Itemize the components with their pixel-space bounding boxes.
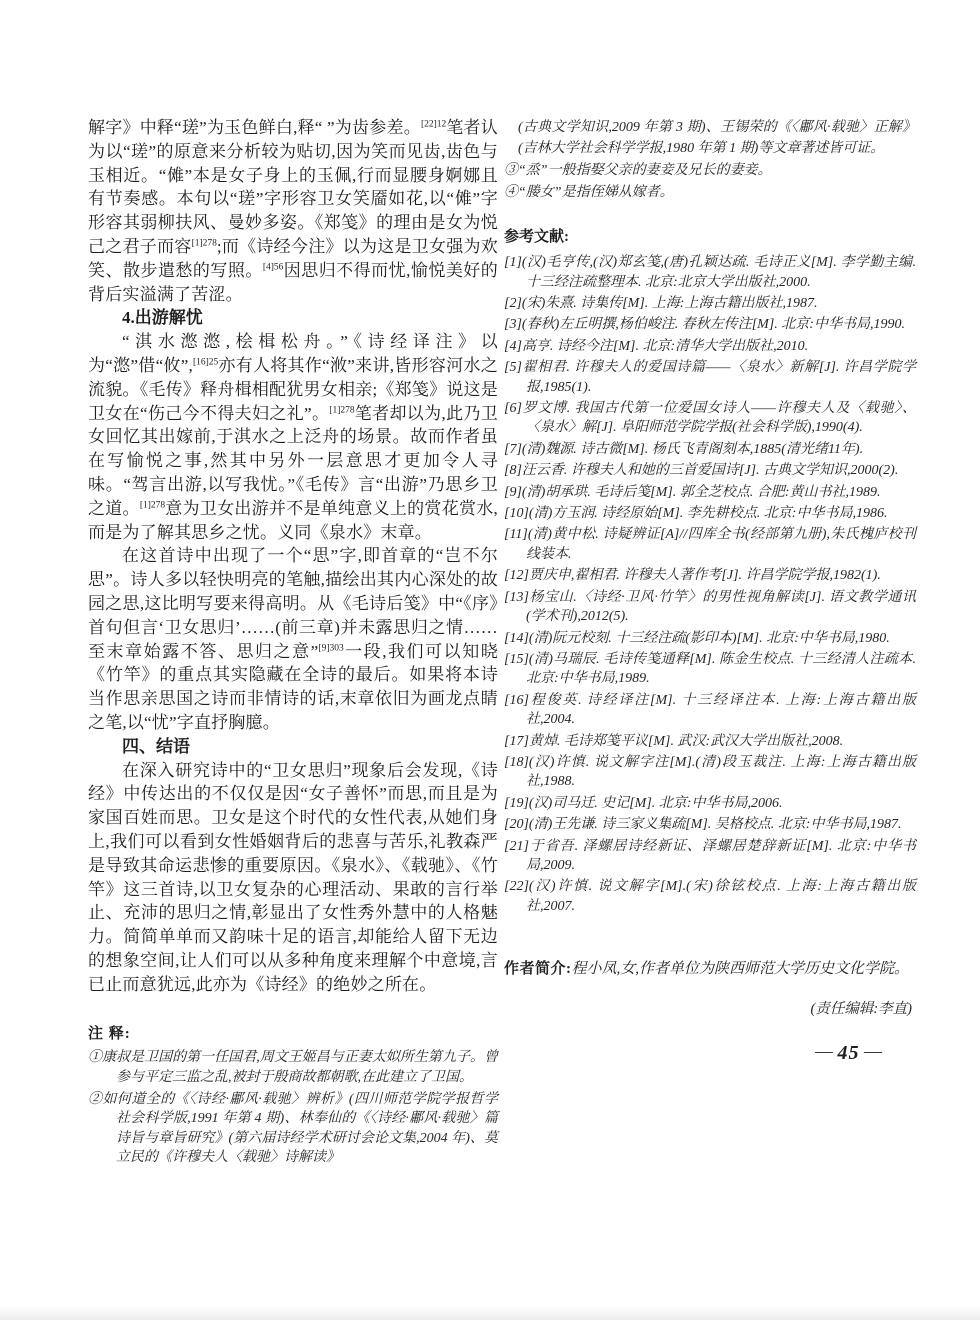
reference-item: [2](宋)朱熹. 诗集传[M]. 上海:上海古籍出版社,1987.	[504, 294, 916, 313]
notes-section: 注 释: ①康叔是卫国的第一任国君,周文王姬昌与正妻太姒所生第九子。曾参与平定三…	[88, 1022, 498, 1168]
reference-label: [15]	[504, 652, 529, 667]
references-list: [1](汉)毛亨传,(汉)郑玄笺,(唐)孔颖达疏. 毛诗正义[M]. 李学勤主编…	[504, 253, 916, 916]
left-body-text: 解字》中释“瑳”为玉色鲜白,释“ ”为齿参差。[22]12笔者认为以“瑳”的原意…	[88, 116, 498, 996]
reference-item: [13]杨宝山.〈诗经·卫风·竹竿〉的男性视角解读[J]. 语文教学通讯(学术刊…	[504, 588, 916, 627]
reference-label: [5]	[504, 360, 522, 375]
note-2-continuation: (古典文学知识,2009 年第 3 期)、王锡荣的《〈鄘风·载驰〉正解》(吉林大…	[504, 118, 916, 159]
reference-item: [10](清)方玉润. 诗经原始[M]. 李先耕校点. 北京:中华书局,1986…	[504, 504, 916, 523]
references-header: 参考文献:	[504, 225, 916, 246]
reference-label: [10]	[504, 506, 529, 521]
reference-label: [8]	[504, 463, 522, 478]
author-bio-text: 程小凤,女,作者单位为陕西师范大学历史文化学院。	[572, 961, 910, 977]
reference-label: [1]	[504, 255, 522, 270]
reference-item: [14](清)阮元校刻. 十三经注疏(影印本)[M]. 北京:中华书局,1980…	[504, 629, 916, 648]
paragraph-conclusion: 在深入研究诗中的“卫女思归”现象后会发现,《诗经》中传达出的不仅仅是因“女子善怀…	[88, 759, 498, 997]
reference-item: [15](清)马瑞辰. 毛诗传笺通释[M]. 陈金生校点. 十三经清人注疏本. …	[504, 650, 916, 689]
author-bio: 作者简介:程小凤,女,作者单位为陕西师范大学历史文化学院。	[504, 956, 916, 982]
note-item: ①康叔是卫国的第一任国君,周文王姬昌与正妻太姒所生第九子。曾参与平定三监之乱,被…	[88, 1048, 498, 1087]
reference-label: [17]	[504, 734, 529, 749]
paragraph-si-character: 在这首诗中出现了一个“思”字,即首章的“岂不尔思”。诗人多以轻快明亮的笔触,描绘…	[88, 544, 498, 734]
reference-label: [19]	[504, 796, 529, 811]
reference-label: [2]	[504, 296, 522, 311]
note-item: ③“烝”一般指娶父亲的妻妾及兄长的妻妾。	[504, 160, 916, 181]
editor-line: (责任编辑:李直)	[504, 997, 916, 1018]
reference-item: [9](清)胡承珙. 毛诗后笺[M]. 郭全芝校点. 合肥:黄山书社,1989.	[504, 483, 916, 502]
reference-item: [18](汉)许慎. 说文解字注[M].(清)段玉裁注. 上海:上海古籍出版社,…	[504, 753, 916, 792]
notes-list: ①康叔是卫国的第一任国君,周文王姬昌与正妻太姒所生第九子。曾参与平定三监之乱,被…	[88, 1048, 498, 1168]
reference-item: [16]程俊英. 诗经译注[M]. 十三经译注本. 上海:上海古籍出版社,200…	[504, 691, 916, 730]
reference-item: [1](汉)毛亨传,(汉)郑玄笺,(唐)孔颖达疏. 毛诗正义[M]. 李学勤主编…	[504, 253, 916, 292]
reference-label: [12]	[504, 568, 529, 583]
reference-label: [21]	[504, 839, 529, 854]
reference-label: [4]	[504, 339, 522, 354]
reference-item: [5]翟相君. 许穆夫人的爱国诗篇——〈泉水〉新解[J]. 许昌学院学报,198…	[504, 358, 916, 397]
reference-label: [11]	[504, 527, 528, 542]
reference-item: [7](清)魏源. 诗古微[M]. 杨氏飞青阁刻本,1885(清光绪11年).	[504, 440, 916, 459]
notes-list-continued: ③“烝”一般指娶父亲的妻妾及兄长的妻妾。④“媵女”是指侄娣从嫁者。	[504, 160, 916, 203]
reference-item: [3](春秋)左丘明撰,杨伯峻注. 春秋左传注[M]. 北京:中华书局,1990…	[504, 315, 916, 334]
reference-item: [11](清)黄中松. 诗疑辨证[A]//四库全书(经部第九册),朱氏槐庐校刊线…	[504, 525, 916, 564]
page-number-dash-right: —	[864, 1041, 882, 1061]
reference-label: [6]	[504, 401, 522, 416]
reference-label: [13]	[504, 590, 529, 605]
paragraph-jade-smile: 解字》中释“瑳”为玉色鲜白,释“ ”为齿参差。[22]12笔者认为以“瑳”的原意…	[88, 116, 498, 306]
reference-label: [7]	[504, 442, 522, 457]
reference-item: [19](汉)司马迁. 史记[M]. 北京:中华书局,2006.	[504, 794, 916, 813]
subheading-4-outing: 4.出游解忧	[88, 306, 498, 330]
reference-label: [16]	[504, 693, 529, 708]
note-item: ②如何道全的《〈诗经·鄘风·载驰〉辨析》(四川师范学院学报哲学社会科学版,199…	[88, 1090, 498, 1168]
page-number: — 45 —	[504, 1042, 916, 1065]
author-bio-label: 作者简介:	[504, 961, 572, 977]
reference-item: [20](清)王先谦. 诗三家义集疏[M]. 吴格校点. 北京:中华书局,198…	[504, 815, 916, 834]
two-column-layout: 解字》中释“瑳”为玉色鲜白,释“ ”为齿参差。[22]12笔者认为以“瑳”的原意…	[88, 116, 916, 1170]
reference-label: [3]	[504, 317, 522, 332]
reference-item: [22](汉)许慎. 说文解字[M].(宋)徐铉校点. 上海:上海古籍出版社,2…	[504, 877, 916, 916]
reference-label: [9]	[504, 485, 522, 500]
reference-label: [20]	[504, 817, 529, 832]
reference-label: [18]	[504, 755, 529, 770]
page-number-value: 45	[838, 1042, 860, 1064]
reference-item: [12]贾庆申,翟相君. 许穆夫人著作考[J]. 许昌学院学报,1982(1).	[504, 566, 916, 585]
reference-item: [21]于省吾. 泽螺居诗经新证、泽螺居楚辞新证[M]. 北京:中华书局,200…	[504, 837, 916, 876]
reference-item: [17]黄焯. 毛诗郑笺平议[M]. 武汉:武汉大学出版社,2008.	[504, 732, 916, 751]
reference-label: [22]	[504, 879, 529, 894]
note-item: ④“媵女”是指侄娣从嫁者。	[504, 182, 916, 203]
notes-header: 注 释:	[88, 1022, 498, 1043]
subheading-conclusion: 四、结语	[88, 735, 498, 759]
page-number-dash-left: —	[815, 1041, 833, 1061]
reference-item: [6]罗文博. 我国古代第一位爱国女诗人——许穆夫人及〈载驰〉、〈泉水〉解[J]…	[504, 399, 916, 438]
left-column: 解字》中释“瑳”为玉色鲜白,释“ ”为齿参差。[22]12笔者认为以“瑳”的原意…	[88, 116, 498, 1170]
paragraph-qishui-boat: “淇水滺滺,桧楫松舟。”《诗经译注》以为“滺”借“攸”,[16]25亦有人将其作…	[88, 330, 498, 544]
journal-page: 解字》中释“瑳”为玉色鲜白,释“ ”为齿参差。[22]12笔者认为以“瑳”的原意…	[0, 0, 980, 1320]
reference-item: [8]汪云香. 许穆夫人和她的三首爱国诗[J]. 古典文学知识,2000(2).	[504, 461, 916, 480]
reference-label: [14]	[504, 631, 529, 646]
reference-item: [4]高亨. 诗经今注[M]. 北京:清华大学出版社,2010.	[504, 337, 916, 356]
right-column: (古典文学知识,2009 年第 3 期)、王锡荣的《〈鄘风·载驰〉正解》(吉林大…	[504, 116, 916, 1170]
